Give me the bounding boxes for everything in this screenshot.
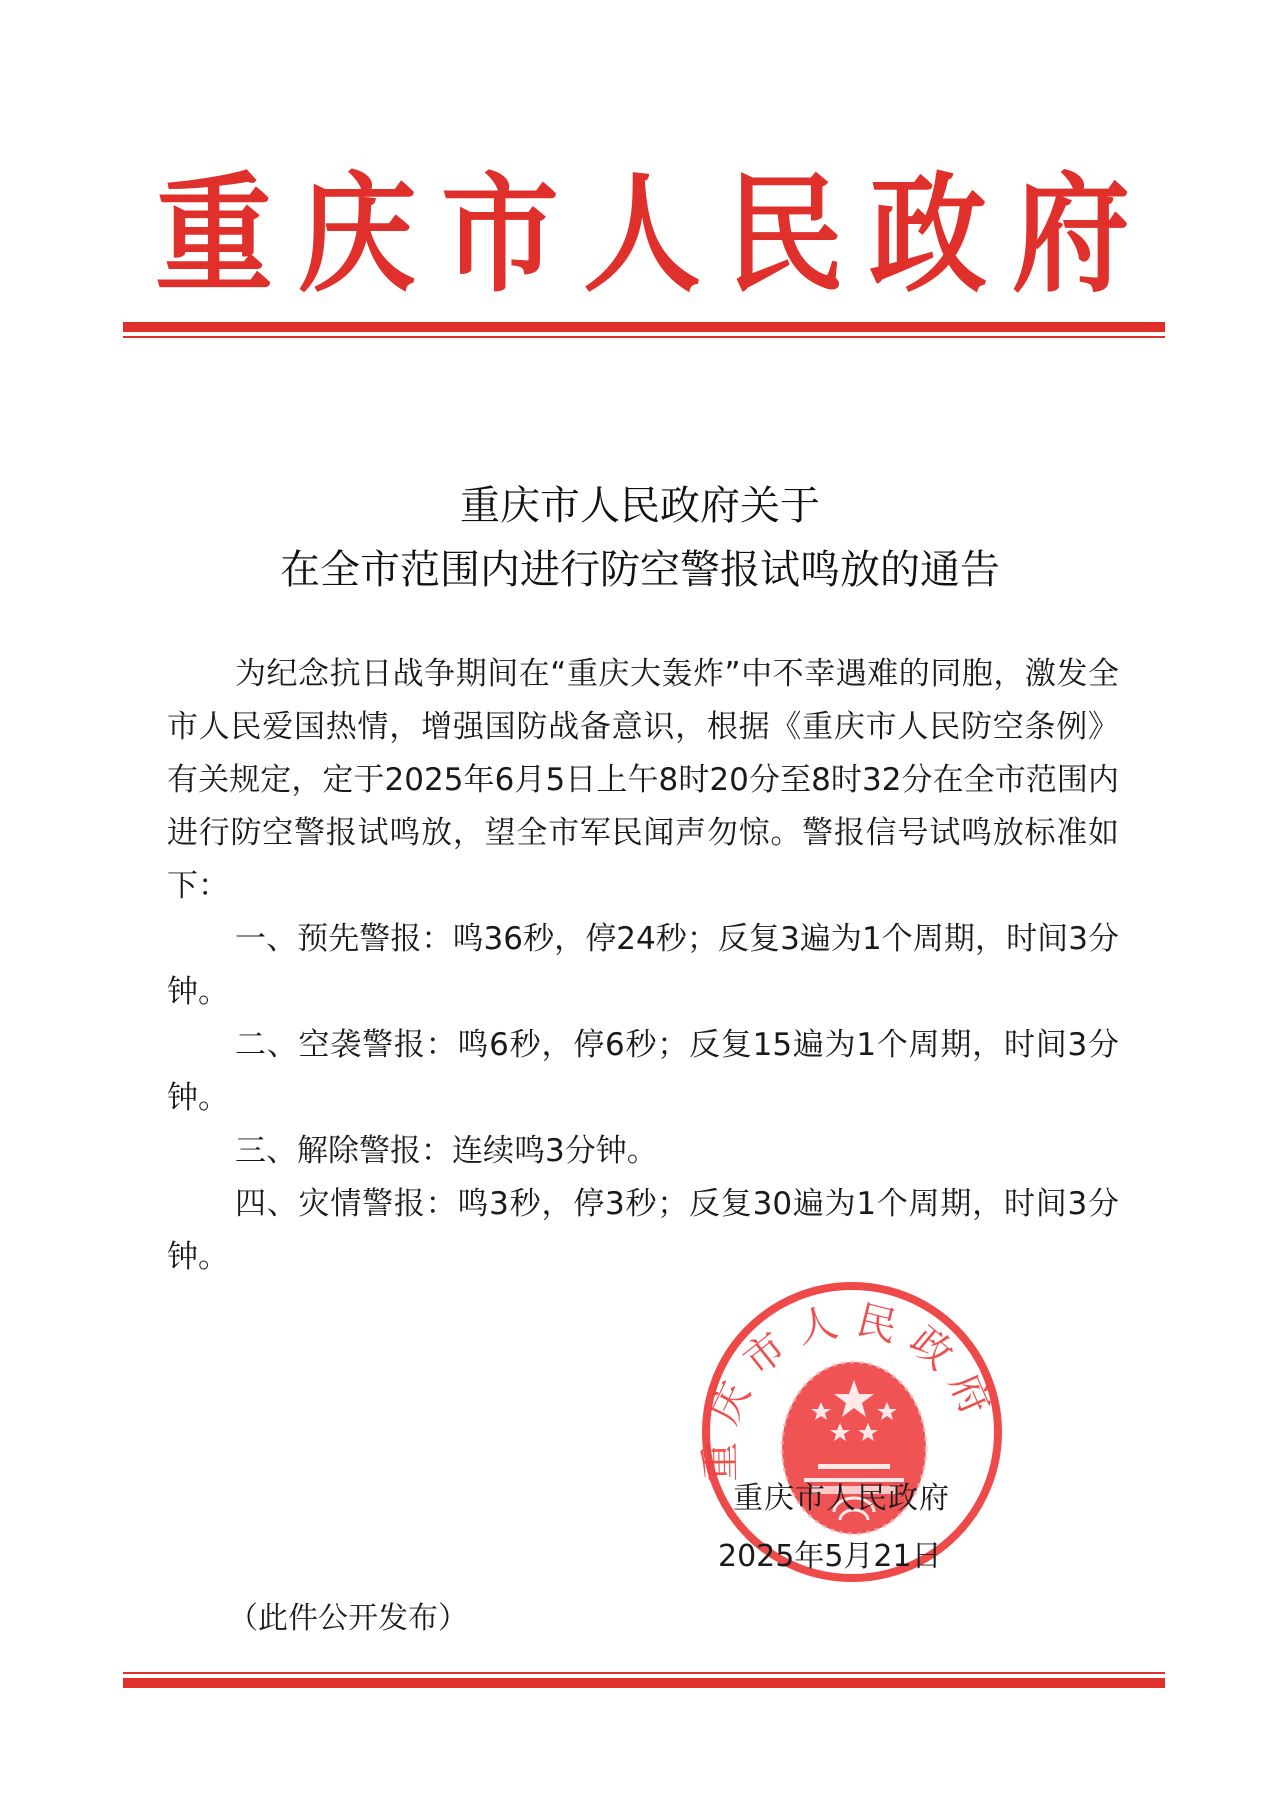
issuer-signature: 重庆市人民政府: [733, 1484, 950, 1514]
body-item-2: 二、空袭警报：鸣6秒，停6秒；反复15遍为1个周期，时间3分钟。: [167, 1019, 1119, 1125]
masthead-char: 市: [441, 171, 559, 299]
masthead-char: 民: [726, 171, 844, 299]
document-title-line-2: 在全市范围内进行防空警报试鸣放的通告: [0, 550, 1280, 590]
masthead-char: 重: [155, 171, 273, 299]
bottom-red-rule-thick: [123, 1678, 1165, 1688]
top-red-rule-thin: [123, 336, 1165, 338]
masthead-char: 政: [869, 171, 987, 299]
document-page: 重 庆 市 人 民 政 府 重庆市人民政府关于 在全市范围内进行防空警报试鸣放的…: [0, 0, 1280, 1810]
masthead-char: 庆: [298, 171, 416, 299]
bottom-red-rule-thin: [123, 1672, 1165, 1674]
body-intro-paragraph: 为纪念抗日战争期间在“重庆大轰炸”中不幸遇难的同胞，激发全市人民爱国热情，增强国…: [167, 648, 1119, 913]
document-title-line-1: 重庆市人民政府关于: [0, 486, 1280, 526]
masthead-title: 重 庆 市 人 民 政 府: [150, 160, 1135, 310]
body-item-4: 四、灾情警报：鸣3秒，停3秒；反复30遍为1个周期，时间3分钟。: [167, 1178, 1119, 1284]
issue-date: 2025年5月21日: [718, 1542, 942, 1572]
body-item-3: 三、解除警报：连续鸣3分钟。: [167, 1125, 1119, 1178]
public-release-note: （此件公开发布）: [228, 1604, 468, 1634]
top-red-rule-thick: [123, 322, 1165, 332]
masthead-char: 府: [1012, 171, 1130, 299]
document-body: 为纪念抗日战争期间在“重庆大轰炸”中不幸遇难的同胞，激发全市人民爱国热情，增强国…: [167, 648, 1119, 1284]
body-item-1: 一、预先警报：鸣36秒，停24秒；反复3遍为1个周期，时间3分钟。: [167, 913, 1119, 1019]
masthead-char: 人: [584, 171, 702, 299]
